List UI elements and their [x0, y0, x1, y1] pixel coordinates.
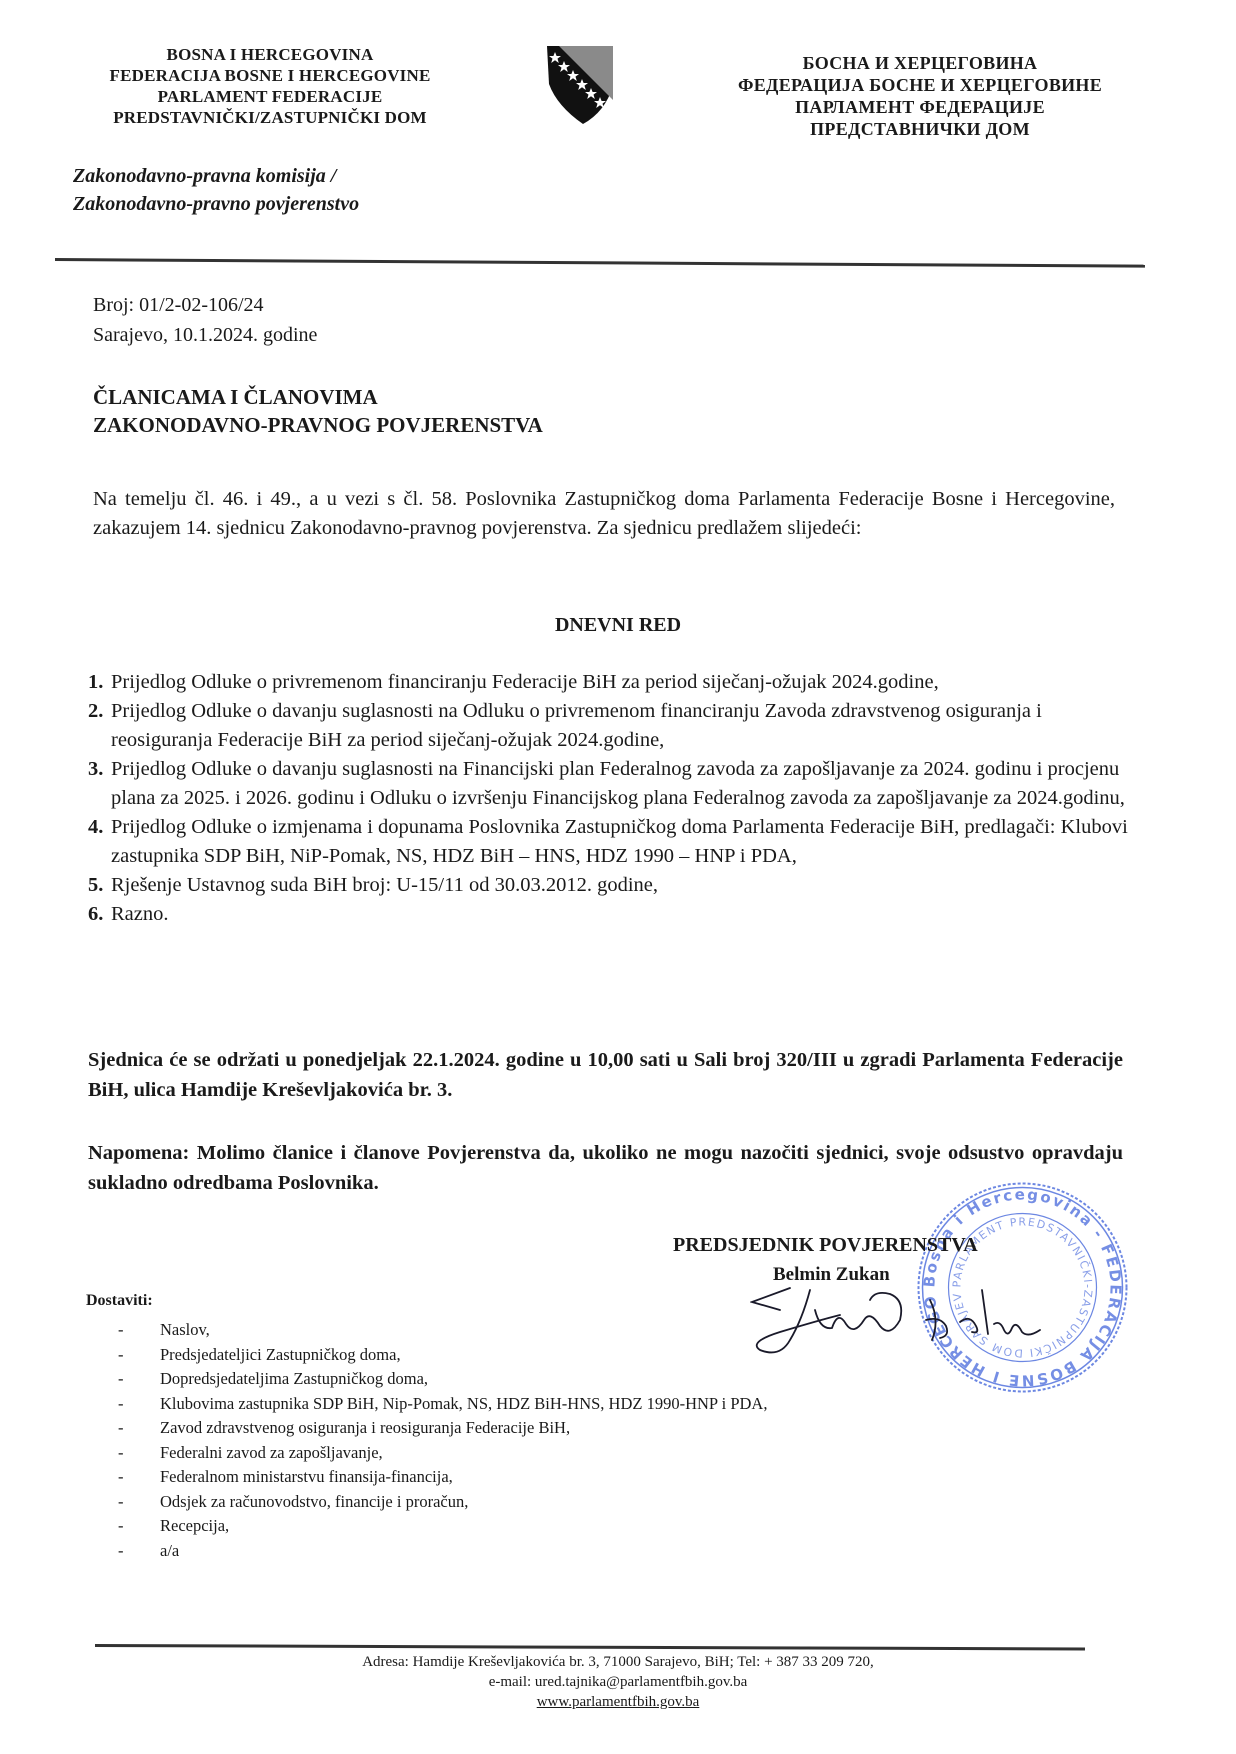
agenda-item-number: 2.: [88, 697, 111, 755]
agenda-title: DNEVNI RED: [0, 614, 1236, 637]
coat-of-arms-icon: [545, 44, 615, 126]
distribution-item: -Odsjek za računovodstvo, financije i pr…: [118, 1490, 767, 1515]
agenda-item-text: Prijedlog Odluke o davanju suglasnosti n…: [111, 755, 1128, 813]
recipient-text: Predsjedateljici Zastupničkog doma,: [160, 1343, 401, 1368]
distribution-item: -Naslov,: [118, 1318, 767, 1343]
distribution-item: -Recepcija,: [118, 1514, 767, 1539]
distribution-item: -Zavod zdravstvenog osiguranja i reosigu…: [118, 1416, 767, 1441]
agenda-item: 5. Rješenje Ustavnog suda BiH broj: U-15…: [88, 871, 1128, 900]
recipient-text: a/a: [160, 1539, 179, 1564]
agenda-item-text: Prijedlog Odluke o privremenom financira…: [111, 668, 1128, 697]
header-latin: BOSNA I HERCEGOVINA FEDERACIJA BOSNE I H…: [70, 44, 470, 128]
committee-line: Zakonodavno-pravno povjerenstvo: [73, 190, 359, 218]
intro-paragraph: Na temelju čl. 46. i 49., a u vezi s čl.…: [93, 485, 1115, 543]
addressee-line: ČLANICAMA I ČLANOVIMA: [93, 383, 543, 411]
place-date: Sarajevo, 10.1.2024. godine: [93, 320, 317, 350]
header-line: FEDERACIJA BOSNE I HERCEGOVINE: [70, 65, 470, 86]
header-line: ФЕДЕРАЦИЈА БОСНЕ И ХЕРЦЕГОВИНЕ: [705, 74, 1135, 96]
footer-website-link[interactable]: www.parlamentfbih.gov.ba: [0, 1692, 1236, 1712]
recipient-text: Federalnom ministarstvu finansija-financ…: [160, 1465, 453, 1490]
recipient-text: Klubovima zastupnika SDP BiH, Nip-Pomak,…: [160, 1392, 767, 1417]
distribution-item: -Dopredsjedateljima Zastupničkog doma,: [118, 1367, 767, 1392]
agenda-item-text: Rješenje Ustavnog suda BiH broj: U-15/11…: [111, 871, 1128, 900]
agenda-item: 2. Prijedlog Odluke o davanju suglasnost…: [88, 697, 1128, 755]
agenda-item-number: 3.: [88, 755, 111, 813]
recipient-text: Zavod zdravstvenog osiguranja i reosigur…: [160, 1416, 570, 1441]
meeting-notice: Sjednica će se održati u ponedjeljak 22.…: [88, 1045, 1123, 1105]
addressee-line: ZAKONODAVNO-PRAVNOG POVJERENSTVA: [93, 411, 543, 439]
agenda-item: 6. Razno.: [88, 900, 1128, 929]
header-line: ПРЕДСТАВНИЧКИ ДОМ: [705, 118, 1135, 140]
recipient-text: Federalni zavod za zapošljavanje,: [160, 1441, 383, 1466]
reference-block: Broj: 01/2-02-106/24 Sarajevo, 10.1.2024…: [93, 290, 317, 350]
agenda-item-number: 4.: [88, 813, 111, 871]
agenda-item-number: 6.: [88, 900, 111, 929]
agenda-item-text: Prijedlog Odluke o izmjenama i dopunama …: [111, 813, 1128, 871]
signatory-title: PREDSJEDNIK POVJERENSTVA: [673, 1234, 978, 1257]
header-line: PREDSTAVNIČKI/ZASTUPNIČKI DOM: [70, 107, 470, 128]
footer-address: Adresa: Hamdije Kreševljakovića br. 3, 7…: [0, 1652, 1236, 1672]
agenda-item-number: 1.: [88, 668, 111, 697]
recipient-text: Recepcija,: [160, 1514, 229, 1539]
distribution-list: -Naslov, -Predsjedateljici Zastupničkog …: [118, 1318, 767, 1563]
header-line: ПАРЛАМЕНТ ФЕДЕРАЦИЈЕ: [705, 96, 1135, 118]
footer: Adresa: Hamdije Kreševljakovića br. 3, 7…: [0, 1652, 1236, 1712]
committee-line: Zakonodavno-pravna komisija /: [73, 162, 359, 190]
distribution-item: -Predsjedateljici Zastupničkog doma,: [118, 1343, 767, 1368]
agenda-item-text: Prijedlog Odluke o davanju suglasnosti n…: [111, 697, 1128, 755]
distribution-item: -Klubovima zastupnika SDP BiH, Nip-Pomak…: [118, 1392, 767, 1417]
header-line: PARLAMENT FEDERACIJE: [70, 86, 470, 107]
addressee: ČLANICAMA I ČLANOVIMA ZAKONODAVNO-PRAVNO…: [93, 383, 543, 439]
reference-number: Broj: 01/2-02-106/24: [93, 290, 317, 320]
header-divider: [55, 258, 1145, 268]
agenda-item: 4. Prijedlog Odluke o izmjenama i dopuna…: [88, 813, 1128, 871]
distribution-item: -Federalnom ministarstvu finansija-finan…: [118, 1465, 767, 1490]
agenda-item-number: 5.: [88, 871, 111, 900]
recipient-text: Dopredsjedateljima Zastupničkog doma,: [160, 1367, 428, 1392]
header-line: БОСНА И ХЕРЦЕГОВИНА: [705, 52, 1135, 74]
committee-name: Zakonodavno-pravna komisija / Zakonodavn…: [73, 162, 359, 218]
agenda-item: 1. Prijedlog Odluke o privremenom financ…: [88, 668, 1128, 697]
agenda-list: 1. Prijedlog Odluke o privremenom financ…: [88, 668, 1128, 929]
header-line: BOSNA I HERCEGOVINA: [70, 44, 470, 65]
header-cyrillic: БОСНА И ХЕРЦЕГОВИНА ФЕДЕРАЦИЈА БОСНЕ И Х…: [705, 52, 1135, 140]
recipient-text: Naslov,: [160, 1318, 210, 1343]
handwritten-signature-icon: [750, 1280, 1090, 1370]
footer-email[interactable]: e-mail: ured.tajnika@parlamentfbih.gov.b…: [0, 1672, 1236, 1692]
distribution-item: -a/a: [118, 1539, 767, 1564]
agenda-item-text: Razno.: [111, 900, 1128, 929]
distribution-label: Dostaviti:: [86, 1292, 153, 1310]
footer-divider: [95, 1644, 1085, 1650]
recipient-text: Odsjek za računovodstvo, financije i pro…: [160, 1490, 468, 1515]
distribution-item: -Federalni zavod za zapošljavanje,: [118, 1441, 767, 1466]
agenda-item: 3. Prijedlog Odluke o davanju suglasnost…: [88, 755, 1128, 813]
